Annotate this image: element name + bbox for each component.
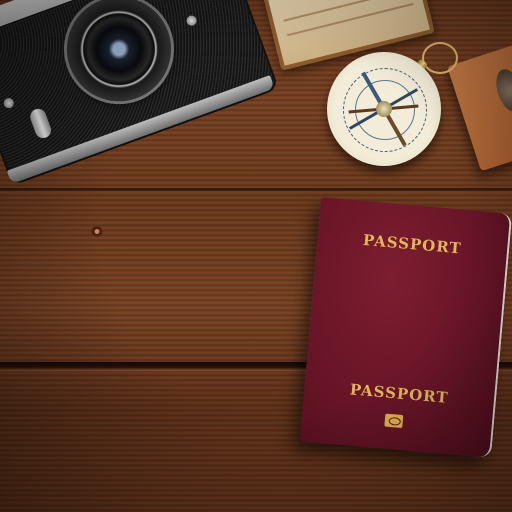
book-knob	[491, 66, 512, 115]
notebook-line	[287, 3, 414, 36]
vintage-camera	[0, 0, 274, 182]
passport-title-top: PASSPORT	[317, 227, 508, 261]
plank-seam	[0, 188, 512, 192]
biometric-chip-icon	[384, 414, 403, 429]
passport-title-bottom: PASSPORT	[304, 376, 495, 410]
compass-hub	[376, 101, 392, 117]
wood-knot	[90, 226, 104, 237]
passport: PASSPORT PASSPORT	[300, 197, 512, 458]
compass-bow	[422, 42, 458, 74]
compass	[327, 52, 441, 166]
photo-scene: PASSPORT PASSPORT	[0, 0, 512, 512]
